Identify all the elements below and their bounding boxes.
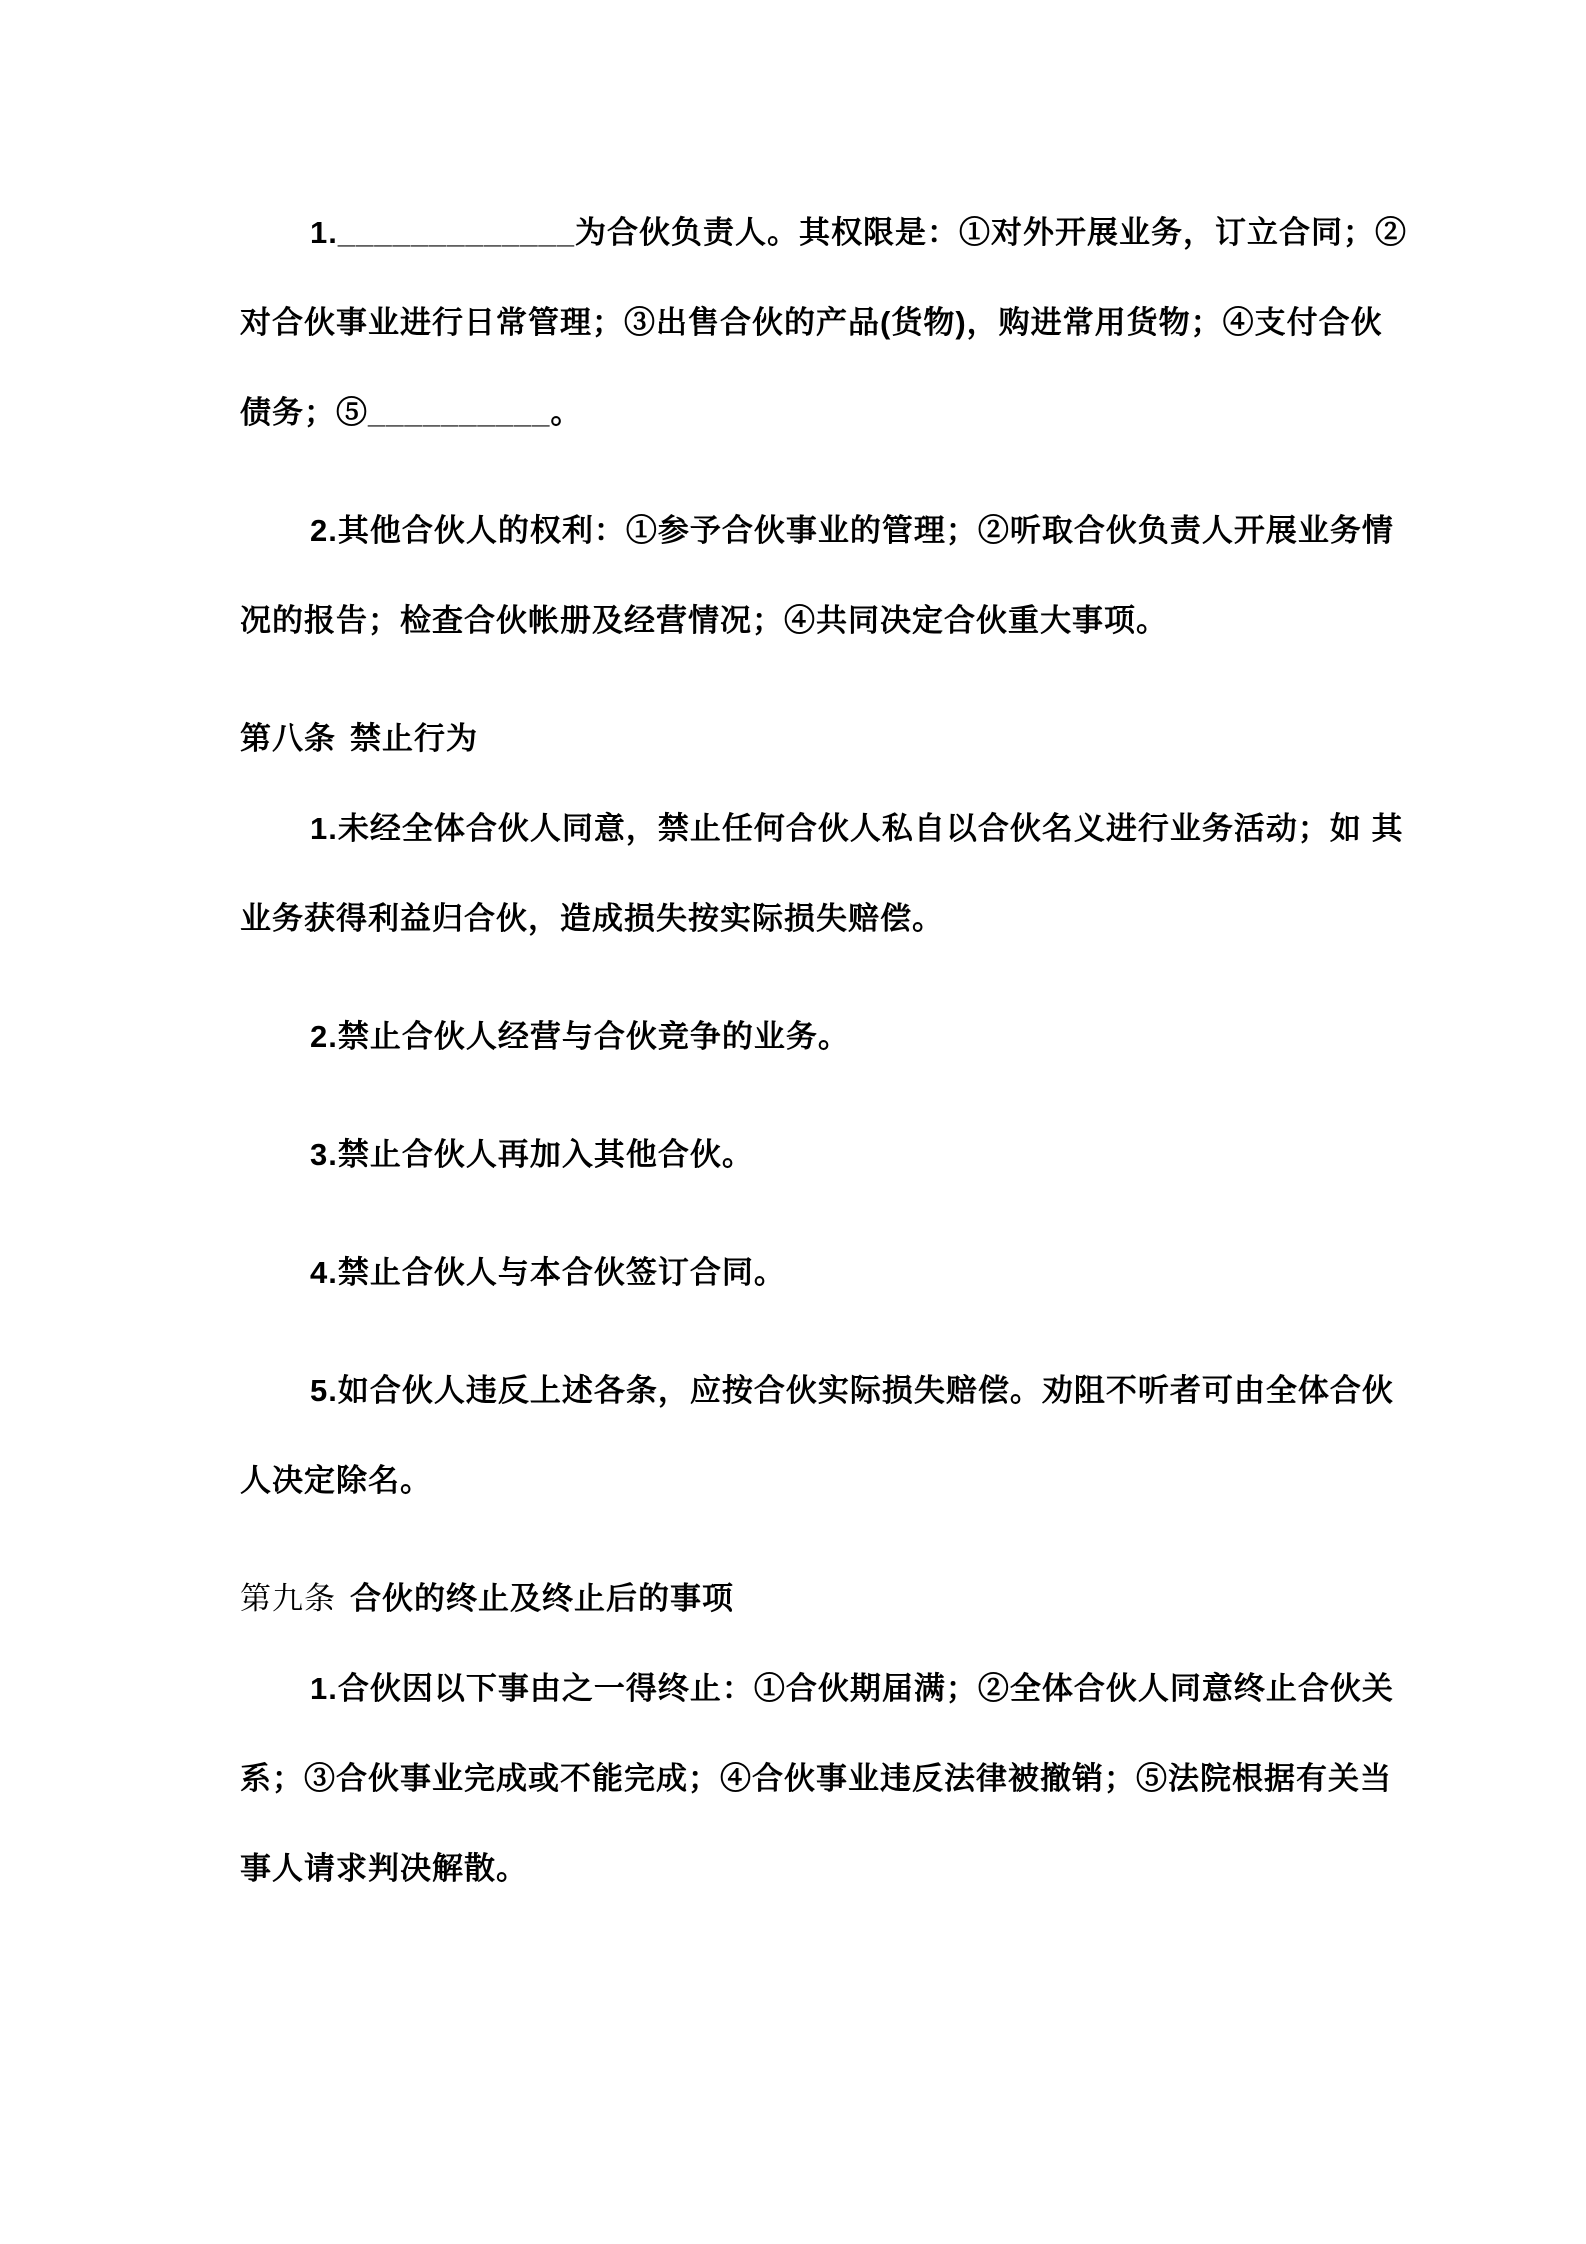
document-page: 1._____________为合伙负责人。其权限是：①对外开展业务，订立合同；… bbox=[0, 0, 1586, 2244]
paragraph: 4.禁止合伙人与本合伙签订合同。 bbox=[240, 1228, 1386, 1318]
text-line: 人决定除名。 bbox=[240, 1436, 1386, 1526]
text-line: 1.未经全体合伙人同意，禁止任何合伙人私自以合伙名义进行业务活动；如 其 bbox=[240, 784, 1386, 874]
section-heading: 第八条禁止行为 bbox=[240, 694, 1386, 784]
text-line: 况的报告；检查合伙帐册及经营情况；④共同决定合伙重大事项。 bbox=[240, 576, 1386, 666]
paragraph: 3.禁止合伙人再加入其他合伙。 bbox=[240, 1110, 1386, 1200]
section-number: 第九条 bbox=[240, 1581, 336, 1616]
paragraph: 2.其他合伙人的权利：①参予合伙事业的管理；②听取合伙负责人开展业务情况的报告；… bbox=[240, 486, 1386, 666]
section-title: 合伙的终止及终止后的事项 bbox=[350, 1581, 734, 1616]
text-line: 3.禁止合伙人再加入其他合伙。 bbox=[240, 1110, 1386, 1200]
text-line: 2.其他合伙人的权利：①参予合伙事业的管理；②听取合伙负责人开展业务情 bbox=[240, 486, 1386, 576]
document-body: 1._____________为合伙负责人。其权限是：①对外开展业务，订立合同；… bbox=[240, 188, 1386, 1914]
heading-line: 第八条禁止行为 bbox=[240, 694, 1386, 784]
section-number: 第八条 bbox=[240, 721, 336, 756]
text-line: 1._____________为合伙负责人。其权限是：①对外开展业务，订立合同；… bbox=[240, 188, 1386, 278]
text-line: 事人请求判决解散。 bbox=[240, 1824, 1386, 1914]
section-heading: 第九条合伙的终止及终止后的事项 bbox=[240, 1554, 1386, 1644]
paragraph: 2.禁止合伙人经营与合伙竞争的业务。 bbox=[240, 992, 1386, 1082]
section-title: 禁止行为 bbox=[350, 721, 478, 756]
text-line: 5.如合伙人违反上述各条，应按合伙实际损失赔偿。劝阻不听者可由全体合伙 bbox=[240, 1346, 1386, 1436]
text-line: 1.合伙因以下事由之一得终止：①合伙期届满；②全体合伙人同意终止合伙关 bbox=[240, 1644, 1386, 1734]
text-line: 对合伙事业进行日常管理；③出售合伙的产品(货物)，购进常用货物；④支付合伙 bbox=[240, 278, 1386, 368]
text-line: 4.禁止合伙人与本合伙签订合同。 bbox=[240, 1228, 1386, 1318]
paragraph: 1.合伙因以下事由之一得终止：①合伙期届满；②全体合伙人同意终止合伙关系；③合伙… bbox=[240, 1644, 1386, 1914]
text-line: 业务获得利益归合伙，造成损失按实际损失赔偿。 bbox=[240, 874, 1386, 964]
heading-line: 第九条合伙的终止及终止后的事项 bbox=[240, 1554, 1386, 1644]
paragraph: 1.未经全体合伙人同意，禁止任何合伙人私自以合伙名义进行业务活动；如 其业务获得… bbox=[240, 784, 1386, 964]
text-line: 2.禁止合伙人经营与合伙竞争的业务。 bbox=[240, 992, 1386, 1082]
text-line: 债务；⑤__________。 bbox=[240, 368, 1386, 458]
paragraph: 5.如合伙人违反上述各条，应按合伙实际损失赔偿。劝阻不听者可由全体合伙人决定除名… bbox=[240, 1346, 1386, 1526]
paragraph: 1._____________为合伙负责人。其权限是：①对外开展业务，订立合同；… bbox=[240, 188, 1386, 458]
text-line: 系；③合伙事业完成或不能完成；④合伙事业违反法律被撤销；⑤法院根据有关当 bbox=[240, 1734, 1386, 1824]
